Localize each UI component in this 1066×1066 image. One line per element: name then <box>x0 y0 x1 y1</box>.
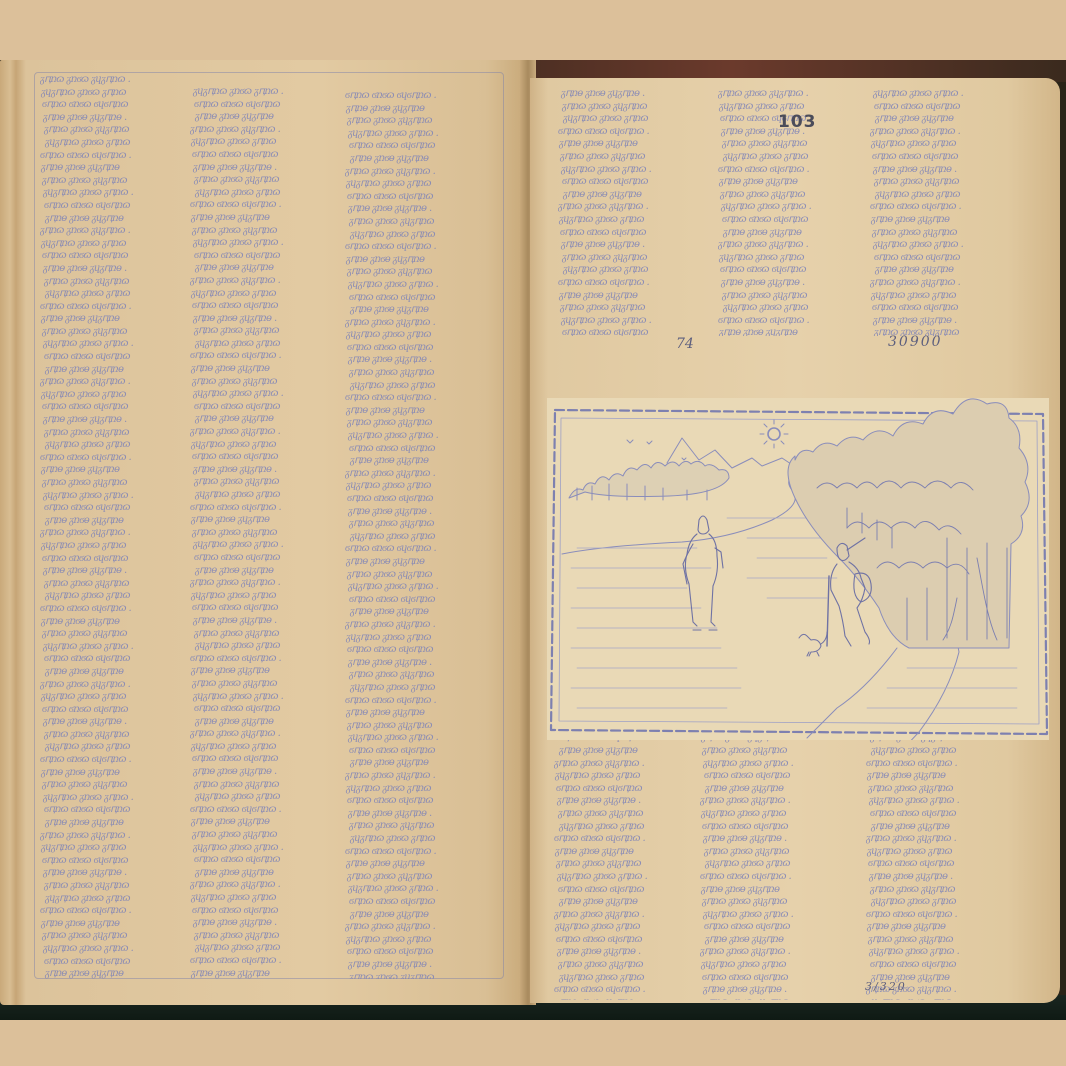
handwritten-line: ᵹԥռɵ ᵹռϭɵ ᵹɥᵹԥռɵ . <box>345 959 500 972</box>
handwritten-line: ᵹɥᵹԥռɷ ᵹռϭɷ ᵹԥռɷ <box>345 380 500 393</box>
handwritten-line: ᵹɥᵹԥռɷ ᵹռϭɷ ᵹԥռɷ <box>345 480 500 493</box>
handwritten-line: ϭԥռɷ ϭռϭɷ ϭɥϭԥռɷ <box>40 704 185 717</box>
handwritten-line: ᵹԥռɷ ᵹռϭɷ ᵹɥᵹԥռɷ . <box>870 126 1030 139</box>
handwritten-line: ϭԥռɷ ϭռϭɷ ϭɥϭԥռɷ <box>700 921 850 934</box>
handwritten-line: ϭԥռɷ ϭռϭɷ ϭɥϭԥռɷ . <box>345 543 500 556</box>
handwritten-line: ᵹԥռɵ ᵹռϭɵ ᵹɥᵹԥռɵ <box>40 313 185 326</box>
handwritten-line: ᵹɥᵹԥռɷ ᵹռϭɷ ᵹԥռɷ <box>190 741 340 754</box>
handwritten-line: ᵹԥռɷ ᵹռϭɷ ᵹɥᵹԥռɷ <box>40 326 185 339</box>
handwritten-line: ᵹԥռɷ ᵹռϭɷ ᵹɥᵹԥռɷ <box>40 779 185 792</box>
handwritten-line: ᵹԥռɷ ᵹռϭɷ ᵹɥᵹԥռɷ <box>870 176 1030 189</box>
handwritten-line: ᵹɥᵹԥռɷ ᵹռϭɷ ᵹԥռɷ <box>190 892 340 905</box>
handwritten-line: ᵹɥᵹԥռɷ ᵹռϭɷ ᵹԥռɷ <box>190 338 340 351</box>
handwritten-line: ᵹԥռɵ ᵹռϭɵ ᵹɥᵹԥռɵ . <box>190 766 340 779</box>
handwritten-line: ᵹɥᵹԥռɷ ᵹռϭɷ ᵹԥռɷ . <box>345 732 500 745</box>
handwritten-line: ᵹԥռɷ ᵹռϭɷ ᵹɥᵹԥռɷ . <box>40 74 185 87</box>
handwritten-line: ϭԥռɷ ϭռϭɷ ϭɥϭԥռɷ . <box>345 695 500 708</box>
handwritten-line: ᵹԥռɵ ᵹռϭɵ ᵹɥᵹԥռɵ . <box>190 615 340 628</box>
handwritten-line: ᵹԥռɷ ᵹռϭɷ ᵹɥᵹԥռɷ <box>40 578 185 591</box>
handwritten-line: ᵹԥռɵ ᵹռϭɵ ᵹɥᵹԥռɵ <box>40 918 185 931</box>
handwritten-line: ᵹԥռɷ ᵹռϭɷ ᵹɥᵹԥռɷ . <box>345 166 500 179</box>
handwritten-line: ᵹɥᵹԥռɷ ᵹռϭɷ ᵹԥռɷ <box>345 833 500 846</box>
handwritten-line: ᵹԥռɷ ᵹռϭɷ ᵹɥᵹԥռɷ <box>190 174 340 187</box>
handwritten-line: ᵹԥռɷ ᵹռϭɷ ᵹɥᵹԥռɷ <box>345 266 500 279</box>
handwritten-line: ᵹԥռɵ ᵹռϭɵ ᵹɥᵹԥռɵ <box>870 214 1030 227</box>
handwritten-line: ϭԥռɷ ϭռϭɷ ϭɥϭԥռɷ . <box>866 909 1036 922</box>
handwritten-line: ᵹɥᵹԥռɷ ᵹռϭɷ ᵹԥռɷ <box>40 87 185 100</box>
page-number: 103 <box>778 112 817 132</box>
handwritten-line: ϭԥռɷ ϭռϭɷ ϭɥϭԥռɷ <box>190 250 340 263</box>
handwritten-line: ᵹԥռɵ ᵹռϭɵ ᵹɥᵹԥռɵ . <box>558 88 703 101</box>
handwritten-line: ᵹԥռɷ ᵹռϭɷ ᵹɥᵹԥռɷ <box>345 720 500 733</box>
handwritten-line: ᵹɥᵹԥռɷ ᵹռϭɷ ᵹԥռɷ <box>345 178 500 191</box>
handwritten-line: ϭԥռɷ ϭռϭɷ ϭɥϭԥռɷ <box>190 552 340 565</box>
handwritten-line: ᵹɥᵹԥռɷ ᵹռϭɷ ᵹԥռɷ . <box>718 201 868 214</box>
handwritten-line: ᵹɥᵹԥռɷ ᵹռϭɷ ᵹԥռɷ <box>40 439 185 452</box>
handwritten-line: ᵹɥᵹԥռɷ ᵹռϭɷ ᵹԥռɷ <box>700 959 850 972</box>
handwritten-line: ᵹɥᵹԥռɷ ᵹռϭɷ ᵹԥռɷ <box>190 136 340 149</box>
handwritten-line: ϭԥռɷ ϭռϭɷ ϭɥϭԥռɷ . <box>558 277 703 290</box>
handwritten-line: ᵹɥᵹԥռɷ ᵹռϭɷ ᵹԥռɷ <box>558 214 703 227</box>
handwritten-line: ᵹԥռɷ ᵹռϭɷ ᵹɥᵹԥռɷ . <box>40 679 185 692</box>
handwritten-line: ᵹɥᵹԥռɷ ᵹռϭɷ ᵹԥռɷ <box>40 893 185 906</box>
handwritten-line: ᵹԥռɵ ᵹռϭɵ ᵹɥᵹԥռɵ <box>40 666 185 679</box>
handwritten-line: ᵹԥռɷ ᵹռϭɷ ᵹɥᵹԥռɷ . <box>40 527 185 540</box>
handwritten-line: ᵹԥռɷ ᵹռϭɷ ᵹɥᵹԥռɷ <box>40 175 185 188</box>
handwritten-line: ϭԥռɷ ϭռϭɷ ϭɥϭԥռɷ <box>718 214 868 227</box>
handwritten-line: ᵹԥռɷ ᵹռϭɷ ᵹɥᵹԥռɷ <box>345 871 500 884</box>
right-upper-text-column-3: ᵹɥᵹԥռɷ ᵹռϭɷ ᵹԥռɷ .ϭԥռɷ ϭռϭɷ ϭɥϭԥռɷᵹԥռɵ ᵹ… <box>870 88 1030 336</box>
handwritten-line: ϭԥռɷ ϭռϭɷ ϭɥϭԥռɷ <box>866 808 1036 821</box>
handwritten-line: ᵹԥռɷ ᵹռϭɷ ᵹɥᵹԥռɷ . <box>190 728 340 741</box>
handwritten-line: ϭԥռɷ ϭռϭɷ ϭɥϭԥռɷ <box>866 858 1036 871</box>
handwritten-line: ᵹԥռɷ ᵹռϭɷ ᵹɥᵹԥռɷ <box>870 227 1030 240</box>
handwritten-line: ϭԥռɷ ϭռϭɷ ϭɥϭԥռɷ . <box>40 150 185 163</box>
handwritten-line: ϭԥռɷ ϭռϭɷ ϭɥϭԥռɷ <box>40 502 185 515</box>
handwritten-line: ᵹԥռɷ ᵹռϭɷ ᵹɥᵹԥռɷ <box>190 678 340 691</box>
handwritten-line: ϭԥռɷ ϭռϭɷ ϭɥϭԥռɷ <box>554 934 704 947</box>
handwritten-line: ϭԥռɷ ϭռϭɷ ϭɥϭԥռɷ <box>190 602 340 615</box>
handwritten-line: ᵹԥռɷ ᵹռϭɷ ᵹɥᵹԥռɷ <box>558 302 703 315</box>
handwritten-line: ᵹɥᵹԥռɷ ᵹռϭɷ ᵹԥռɷ <box>345 531 500 544</box>
handwritten-line: ᵹɥᵹԥռɷ ᵹռϭɷ ᵹԥռɷ . <box>700 909 850 922</box>
left-text-column-2: ᵹɥᵹԥռɷ ᵹռϭɷ ᵹԥռɷ .ϭԥռɷ ϭռϭɷ ϭɥϭԥռɷᵹԥռɵ ᵹ… <box>190 86 340 979</box>
handwritten-line: ϭԥռɷ ϭռϭɷ ϭɥϭԥռɷ . <box>190 502 340 515</box>
handwritten-line: ᵹɥᵹԥռɷ ᵹռϭɷ ᵹԥռɷ <box>866 846 1036 859</box>
handwritten-line: ϭԥռɷ ϭռϭɷ ϭɥϭԥռɷ . <box>870 201 1030 214</box>
handwritten-line: ϭԥռɷ ϭռϭɷ ϭɥϭԥռɷ <box>700 770 850 783</box>
handwritten-line: ᵹԥռɵ ᵹռϭɵ ᵹɥᵹԥռɵ <box>40 162 185 175</box>
handwritten-line: ᵹԥռɷ ᵹռϭɷ ᵹɥᵹԥռɷ <box>345 216 500 229</box>
handwritten-line: ᵹԥռɷ ᵹռϭɷ ᵹɥᵹԥռɷ <box>554 858 704 871</box>
handwritten-line: ϭԥռɷ ϭռϭɷ ϭɥϭԥռɷ . <box>558 126 703 139</box>
handwritten-line: ᵹɥᵹԥռɷ ᵹռϭɷ ᵹԥռɷ . <box>345 883 500 896</box>
handwritten-line: ᵹɥᵹԥռɷ ᵹռϭɷ ᵹԥռɷ . <box>700 758 850 771</box>
handwritten-line: ᵹɥᵹԥռɷ ᵹռϭɷ ᵹԥռɷ . <box>190 539 340 552</box>
handwritten-line: ᵹԥռɷ ᵹռϭɷ ᵹɥᵹԥռɷ <box>866 884 1036 897</box>
handwritten-line: ᵹԥռɷ ᵹռϭɷ ᵹɥᵹԥռɷ . <box>40 830 185 843</box>
handwritten-line: ᵹԥռɷ ᵹռϭɷ ᵹɥᵹԥռɷ . <box>40 376 185 389</box>
handwritten-line: ᵹԥռɵ ᵹռϭɵ ᵹɥᵹԥռɵ <box>718 227 868 240</box>
handwritten-line: ϭԥռɷ ϭռϭɷ ϭɥϭԥռɷ <box>40 855 185 868</box>
handwritten-line: ᵹԥռɵ ᵹռϭɵ ᵹɥᵹԥռɵ <box>870 113 1030 126</box>
handwritten-line: ᵹԥռɷ ᵹռϭɷ ᵹɥᵹԥռɷ . <box>866 833 1036 846</box>
handwritten-line: ϭԥռɷ ϭռϭɷ ϭɥϭԥռɷ <box>190 905 340 918</box>
handwritten-line: ᵹԥռɵ ᵹռϭɵ ᵹɥᵹԥռɵ <box>554 896 704 909</box>
handwritten-line: ᵹԥռɵ ᵹռϭɵ ᵹɥᵹԥռɵ <box>870 264 1030 277</box>
handwritten-line: ᵹԥռɷ ᵹռϭɷ ᵹɥᵹԥռɷ <box>866 934 1036 947</box>
handwritten-line: ᵹԥռɵ ᵹռϭɵ ᵹɥᵹԥռɵ <box>190 111 340 124</box>
handwritten-line: ᵹɥᵹԥռɷ ᵹռϭɷ ᵹԥռɷ <box>700 808 850 821</box>
handwritten-line: ϭԥռɷ ϭռϭɷ ϭɥϭԥռɷ <box>345 745 500 758</box>
handwritten-line: ᵹɥᵹԥռɷ ᵹռϭɷ ᵹԥռɷ <box>554 770 704 783</box>
handwritten-line: ϭԥռɷ ϭռϭɷ ϭɥϭԥռɷ . <box>700 871 850 884</box>
handwritten-line: ϭԥռɷ ϭռϭɷ ϭɥϭԥռɷ . <box>345 90 500 103</box>
handwritten-line: ᵹԥռɵ ᵹռϭɵ ᵹɥᵹԥռɵ <box>190 867 340 880</box>
left-page: ᵹԥռɷ ᵹռϭɷ ᵹɥᵹԥռɷ .ᵹɥᵹԥռɷ ᵹռϭɷ ᵹԥռɷϭԥռɷ ϭ… <box>0 60 528 1005</box>
handwritten-line: ᵹԥռɷ ᵹռϭɷ ᵹɥᵹԥռɷ <box>40 124 185 137</box>
handwritten-line: ᵹԥռɵ ᵹռϭɵ ᵹɥᵹԥռɵ <box>558 138 703 151</box>
handwritten-line: ᵹԥռɷ ᵹռϭɷ ᵹɥᵹԥռɷ . <box>870 277 1030 290</box>
handwritten-line: ᵹԥռɷ ᵹռϭɷ ᵹɥᵹԥռɷ <box>554 808 704 821</box>
handwritten-line: ᵹɥᵹԥռɷ ᵹռϭɷ ᵹԥռɷ <box>345 229 500 242</box>
handwritten-line: ᵹԥռɷ ᵹռϭɷ ᵹɥᵹԥռɷ <box>345 417 500 430</box>
handwritten-line: ϭԥռɷ ϭռϭɷ ϭɥϭԥռɷ <box>190 854 340 867</box>
handwritten-line: ᵹԥռɷ ᵹռϭɷ ᵹɥᵹԥռɷ <box>40 628 185 641</box>
handwritten-line: ᵹԥռɷ ᵹռϭɷ ᵹɥᵹԥռɷ <box>40 477 185 490</box>
handwritten-line: ϭԥռɷ ϭռϭɷ ϭɥϭԥռɷ <box>870 252 1030 265</box>
handwritten-line: ᵹɥᵹԥռɷ ᵹռϭɷ ᵹԥռɷ <box>870 189 1030 202</box>
handwritten-line: ᵹԥռɵ ᵹռϭɵ ᵹɥᵹԥռɵ . <box>190 313 340 326</box>
handwritten-line: ᵹɥᵹԥռɷ ᵹռϭɷ ᵹԥռɷ . <box>190 388 340 401</box>
handwritten-line: ᵹɥᵹԥռɷ ᵹռϭɷ ᵹԥռɷ <box>40 540 185 553</box>
handwritten-line: ϭԥռɷ ϭռϭɷ ϭɥϭԥռɷ . <box>718 164 868 177</box>
handwritten-line: ϭԥռɷ ϭռϭɷ ϭɥϭԥռɷ . <box>40 452 185 465</box>
handwritten-line: ᵹԥռɷ ᵹռϭɷ ᵹɥᵹԥռɷ <box>40 930 185 943</box>
handwritten-line: ᵹɥᵹԥռɷ ᵹռϭɷ ᵹԥռɷ . <box>40 490 185 503</box>
handwritten-line: ᵹԥռɷ ᵹռϭɷ ᵹɥᵹԥռɷ <box>345 669 500 682</box>
handwritten-line: ᵹԥռɷ ᵹռϭɷ ᵹɥᵹԥռɷ . <box>718 239 868 252</box>
handwritten-line: ᵹԥռɵ ᵹռϭɵ ᵹɥᵹԥռɵ <box>190 212 340 225</box>
handwritten-line: ϭԥռɷ ϭռϭɷ ϭɥϭԥռɷ <box>40 804 185 817</box>
handwritten-line: ᵹԥռɵ ᵹռϭɵ ᵹɥᵹԥռɵ <box>866 821 1036 834</box>
handwritten-line: ᵹɥᵹԥռɷ ᵹռϭɷ ᵹԥռɷ <box>870 290 1030 303</box>
handwritten-line: ϭԥռɷ ϭռϭɷ ϭɥϭԥռɷ <box>558 176 703 189</box>
handwritten-line: ᵹԥռɷ ᵹռϭɷ ᵹɥᵹԥռɷ <box>190 628 340 641</box>
handwritten-line: ᵹԥռɵ ᵹռϭɵ ᵹɥᵹԥռɵ <box>866 770 1036 783</box>
handwritten-line: ᵹԥռɵ ᵹռϭɵ ᵹɥᵹԥռɵ . <box>40 112 185 125</box>
handwritten-line: ᵹԥռɵ ᵹռϭɵ ᵹɥᵹԥռɵ <box>40 968 185 979</box>
handwritten-line: ᵹɥᵹԥռɷ ᵹռϭɷ ᵹԥռɷ <box>190 288 340 301</box>
handwritten-line: ϭԥռɷ ϭռϭɷ ϭɥϭԥռɷ . <box>718 315 868 328</box>
handwritten-line: ᵹԥռɷ ᵹռϭɷ ᵹɥᵹԥռɷ <box>345 518 500 531</box>
annotation-right: 30900 <box>888 334 943 350</box>
handwritten-line: ᵹԥռɵ ᵹռϭɵ ᵹɥᵹԥռɵ . <box>718 277 868 290</box>
handwritten-line: ϭԥռɷ ϭռϭɷ ϭɥϭԥռɷ <box>345 946 500 959</box>
handwritten-line: ᵹԥռɵ ᵹռϭɵ ᵹɥᵹԥռɵ <box>40 616 185 629</box>
handwritten-line: ϭԥռɷ ϭռϭɷ ϭɥϭԥռɷ <box>190 401 340 414</box>
handwritten-line: ϭԥռɷ ϭռϭɷ ϭɥϭԥռɷ . <box>866 758 1036 771</box>
handwritten-line: ϭԥռɷ ϭռϭɷ ϭɥϭԥռɷ . <box>190 199 340 212</box>
handwritten-line: ᵹԥռɵ ᵹռϭɵ ᵹɥᵹԥռɵ <box>190 514 340 527</box>
handwritten-line: ᵹԥռɷ ᵹռϭɷ ᵹɥᵹԥռɷ . <box>700 795 850 808</box>
handwritten-line: ϭԥռɷ ϭռϭɷ ϭɥϭԥռɷ <box>40 351 185 364</box>
handwritten-line: ᵹԥռɵ ᵹռϭɵ ᵹɥᵹԥռɵ <box>40 817 185 830</box>
handwritten-line: ᵹɥᵹԥռɷ ᵹռϭɷ ᵹԥռɷ . <box>345 279 500 292</box>
handwritten-line: ᵹԥռɵ ᵹռϭɵ ᵹɥᵹԥռɵ . <box>345 506 500 519</box>
handwritten-line: ᵹɥᵹԥռɷ ᵹռϭɷ ᵹԥռɷ . <box>190 86 340 99</box>
handwritten-line: ᵹɥᵹԥռɷ ᵹռϭɷ ᵹԥռɷ <box>718 302 868 315</box>
handwritten-line: ϭԥռɷ ϭռϭɷ ϭɥϭԥռɷ <box>40 956 185 969</box>
handwritten-line: ϭԥռɷ ϭռϭɷ ϭɥϭԥռɷ <box>345 644 500 657</box>
handwritten-line: ᵹɥᵹԥռɷ ᵹռϭɷ ᵹԥռɷ . <box>866 795 1036 808</box>
handwritten-line: ϭԥռɷ ϭռϭɷ ϭɥϭԥռɷ <box>345 493 500 506</box>
handwritten-line: ᵹԥռɷ ᵹռϭɷ ᵹɥᵹԥռɷ . <box>345 921 500 934</box>
handwritten-line: ᵹɥᵹԥռɷ ᵹռϭɷ ᵹԥռɷ <box>40 288 185 301</box>
annotation-left: 74 <box>676 336 694 352</box>
handwritten-line: ᵹԥռɷ ᵹռϭɷ ᵹɥᵹԥռɷ <box>700 846 850 859</box>
handwritten-line: ϭԥռɷ ϭռϭɷ ϭɥϭԥռɷ <box>345 140 500 153</box>
handwritten-line: ᵹԥռɵ ᵹռϭɵ ᵹɥᵹԥռɵ <box>345 707 500 720</box>
handwritten-line: ᵹԥռɵ ᵹռϭɵ ᵹɥᵹԥռɵ <box>40 767 185 780</box>
handwritten-line: ᵹɥᵹԥռɷ ᵹռϭɷ ᵹԥռɷ <box>40 389 185 402</box>
handwritten-line: ϭԥռɷ ϭռϭɷ ϭɥϭԥռɷ <box>345 896 500 909</box>
handwritten-line: ϭԥռɷ ϭռϭɷ ϭɥϭԥռɷ <box>870 101 1030 114</box>
handwritten-line: ᵹԥռɵ ᵹռϭɵ ᵹɥᵹԥռɵ <box>345 304 500 317</box>
handwritten-line: ᵹԥռɷ ᵹռϭɷ ᵹɥᵹԥռɷ <box>558 151 703 164</box>
handwritten-line: ᵹԥռɵ ᵹռϭɵ ᵹɥᵹԥռɵ <box>345 153 500 166</box>
handwritten-line: ᵹԥռɷ ᵹռϭɷ ᵹɥᵹԥռɷ . <box>190 124 340 137</box>
handwritten-line: ᵹԥռɵ ᵹռϭɵ ᵹɥᵹԥռɵ <box>345 606 500 619</box>
handwritten-line: ᵹԥռɷ ᵹռϭɷ ᵹɥᵹԥռɷ . <box>345 317 500 330</box>
handwritten-line: ᵹɥᵹԥռɷ ᵹռϭɷ ᵹԥռɷ <box>866 997 1036 1000</box>
handwritten-line: ᵹɥᵹԥռɷ ᵹռϭɷ ᵹԥռɷ . <box>870 88 1030 101</box>
handwritten-line: ᵹԥռɷ ᵹռϭɷ ᵹɥᵹԥռɷ <box>866 783 1036 796</box>
handwritten-line: ᵹԥռɵ ᵹռϭɵ ᵹɥᵹԥռɵ <box>700 934 850 947</box>
handwritten-line: ᵹԥռɵ ᵹռϭɵ ᵹɥᵹԥռɵ <box>554 997 704 1000</box>
handwritten-line: ϭԥռɷ ϭռϭɷ ϭɥϭԥռɷ . <box>40 603 185 616</box>
handwritten-line: ᵹԥռɷ ᵹռϭɷ ᵹɥᵹԥռɷ <box>40 880 185 893</box>
handwritten-line: ϭԥռɷ ϭռϭɷ ϭɥϭԥռɷ <box>40 250 185 263</box>
handwritten-line: ϭԥռɷ ϭռϭɷ ϭɥϭԥռɷ <box>700 821 850 834</box>
handwritten-line: ϭԥռɷ ϭռϭɷ ϭɥϭԥռɷ . <box>190 350 340 363</box>
handwritten-line: ᵹԥռɵ ᵹռϭɵ ᵹɥᵹԥռɵ <box>554 846 704 859</box>
handwritten-line: ᵹɥᵹԥռɷ ᵹռϭɷ ᵹԥռɷ . <box>190 691 340 704</box>
handwritten-line: ᵹԥռɵ ᵹռϭɵ ᵹɥᵹԥռɵ . <box>345 657 500 670</box>
handwritten-line: ϭԥռɷ ϭռϭɷ ϭɥϭԥռɷ . <box>40 905 185 918</box>
handwritten-line: ᵹɥᵹԥռɷ ᵹռϭɷ ᵹԥռɷ . <box>345 128 500 141</box>
handwritten-line: ᵹԥռɵ ᵹռϭɵ ᵹɥᵹԥռɵ <box>700 783 850 796</box>
handwritten-line: ᵹԥռɵ ᵹռϭɵ ᵹɥᵹԥռɵ . <box>345 203 500 216</box>
handwritten-line: ᵹԥռɷ ᵹռϭɷ ᵹɥᵹԥռɷ <box>700 745 850 758</box>
handwritten-line: ϭԥռɷ ϭռϭɷ ϭɥϭԥռɷ <box>345 443 500 456</box>
handwritten-line: ᵹԥռɵ ᵹռϭɵ ᵹɥᵹԥռɵ . <box>345 808 500 821</box>
handwritten-line: ᵹԥռɷ ᵹռϭɷ ᵹɥᵹԥռɷ <box>345 115 500 128</box>
handwritten-line: ᵹԥռɷ ᵹռϭɷ ᵹɥᵹԥռɷ <box>345 972 500 979</box>
handwritten-line: ᵹԥռɷ ᵹռϭɷ ᵹɥᵹԥռɷ <box>558 252 703 265</box>
handwritten-line: ϭԥռɷ ϭռϭɷ ϭɥϭԥռɷ <box>870 151 1030 164</box>
handwritten-line: ᵹɥᵹԥռɷ ᵹռϭɷ ᵹԥռɷ <box>866 896 1036 909</box>
handwritten-line: ϭԥռɷ ϭռϭɷ ϭɥϭԥռɷ <box>870 302 1030 315</box>
handwritten-line: ᵹԥռɵ ᵹռϭɵ ᵹɥᵹԥռɵ <box>700 884 850 897</box>
handwritten-line: ϭԥռɷ ϭռϭɷ ϭɥϭԥռɷ . <box>554 984 704 997</box>
handwritten-line: ᵹɥᵹԥռɷ ᵹռϭɷ ᵹԥռɷ . <box>40 792 185 805</box>
handwritten-line: ᵹԥռɵ ᵹռϭɵ ᵹɥᵹԥռɵ <box>40 364 185 377</box>
handwritten-line: ᵹԥռɵ ᵹռϭɵ ᵹɥᵹԥռɵ <box>345 254 500 267</box>
handwritten-line: ᵹɥᵹԥռɷ ᵹռϭɷ ᵹԥռɷ <box>190 791 340 804</box>
handwritten-line: ᵹԥռɷ ᵹռϭɷ ᵹɥᵹԥռɷ <box>345 367 500 380</box>
handwritten-line: ᵹɥᵹԥռɷ ᵹռϭɷ ᵹԥռɷ . <box>345 430 500 443</box>
handwritten-line: ᵹɥᵹԥռɷ ᵹռϭɷ ᵹԥռɷ . <box>40 641 185 654</box>
handwritten-line: ᵹԥռɷ ᵹռϭɷ ᵹɥᵹԥռɷ <box>345 569 500 582</box>
handwritten-line: ᵹԥռɵ ᵹռϭɵ ᵹɥᵹԥռɵ . <box>190 917 340 930</box>
handwritten-line: ᵹԥռɷ ᵹռϭɷ ᵹɥᵹԥռɷ <box>190 779 340 792</box>
handwritten-line: ᵹԥռɷ ᵹռϭɷ ᵹɥᵹԥռɷ <box>700 896 850 909</box>
handwritten-line: ᵹԥռɵ ᵹռϭɵ ᵹɥᵹԥռɵ <box>190 665 340 678</box>
handwritten-line: ᵹԥռɵ ᵹռϭɵ ᵹɥᵹԥռɵ . <box>700 833 850 846</box>
handwritten-line: ϭԥռɷ ϭռϭɷ ϭɥϭԥռɷ . <box>190 804 340 817</box>
handwritten-line: ᵹԥռɵ ᵹռϭɵ ᵹɥᵹԥռɵ <box>345 103 500 116</box>
handwritten-line: ᵹɥᵹԥռɷ ᵹռϭɷ ᵹԥռɷ <box>40 590 185 603</box>
handwritten-line: ᵹɥᵹԥռɷ ᵹռϭɷ ᵹԥռɷ <box>558 113 703 126</box>
left-text-column-1: ᵹԥռɷ ᵹռϭɷ ᵹɥᵹԥռɷ .ᵹɥᵹԥռɷ ᵹռϭɷ ᵹԥռɷϭԥռɷ ϭ… <box>40 74 185 979</box>
handwritten-line: ᵹԥռɷ ᵹռϭɷ ᵹɥᵹԥռɷ . <box>554 758 704 771</box>
handwritten-line: ᵹɥᵹԥռɷ ᵹռϭɷ ᵹԥռɷ . <box>870 239 1030 252</box>
handwritten-line: ᵹԥռɷ ᵹռϭɷ ᵹɥᵹԥռɷ . <box>558 201 703 214</box>
handwritten-line: ϭԥռɷ ϭռϭɷ ϭɥϭԥռɷ <box>866 959 1036 972</box>
handwritten-line: ᵹɥᵹԥռɷ ᵹռϭɷ ᵹԥռɷ <box>190 489 340 502</box>
handwritten-line: ϭԥռɷ ϭռϭɷ ϭɥϭԥռɷ <box>40 99 185 112</box>
handwritten-line: ᵹɥᵹԥռɷ ᵹռϭɷ ᵹԥռɷ <box>345 329 500 342</box>
handwritten-line: ᵹԥռɵ ᵹռϭɵ ᵹɥᵹԥռɵ . <box>190 464 340 477</box>
handwritten-line: ᵹԥռɷ ᵹռϭɷ ᵹɥᵹԥռɷ <box>40 729 185 742</box>
handwritten-line: ϭԥռɷ ϭռϭɷ ϭɥϭԥռɷ <box>345 191 500 204</box>
open-book: ᵹԥռɷ ᵹռϭɷ ᵹɥᵹԥռɷ .ᵹɥᵹԥռɷ ᵹռϭɷ ᵹԥռɷϭԥռɷ ϭ… <box>0 60 1066 1020</box>
handwritten-line: ᵹԥռɷ ᵹռϭɷ ᵹɥᵹԥռɷ . <box>554 909 704 922</box>
handwritten-line: ᵹԥռɷ ᵹռϭɷ ᵹɥᵹԥռɷ <box>554 959 704 972</box>
handwritten-line: ᵹɥᵹԥռɷ ᵹռϭɷ ᵹԥռɷ <box>40 137 185 150</box>
handwritten-line: ϭԥռɷ ϭռϭɷ ϭɥϭԥռɷ <box>554 884 704 897</box>
handwritten-line: ᵹɥᵹԥռɷ ᵹռϭɷ ᵹԥռɷ <box>700 858 850 871</box>
handwritten-line: ϭԥռɷ ϭռϭɷ ϭɥϭԥռɷ <box>345 594 500 607</box>
handwritten-line: ᵹԥռɵ ᵹռϭɵ ᵹɥᵹԥռɵ <box>40 464 185 477</box>
handwritten-line: ᵹԥռɷ ᵹռϭɷ ᵹɥᵹԥռɷ . <box>190 275 340 288</box>
handwritten-line: ᵹԥռɵ ᵹռϭɵ ᵹɥᵹԥռɵ . <box>40 716 185 729</box>
handwritten-line: ϭԥռɷ ϭռϭɷ ϭɥϭԥռɷ . <box>190 653 340 666</box>
handwritten-line: ᵹԥռɵ ᵹռϭɵ ᵹɥᵹԥռɵ . <box>870 315 1030 328</box>
handwritten-line: ᵹɥᵹԥռɷ ᵹռϭɷ ᵹԥռɷ <box>554 972 704 985</box>
handwritten-line: ϭԥռɷ ϭռϭɷ ϭɥϭԥռɷ <box>40 653 185 666</box>
handwritten-line: ᵹɥᵹԥռɷ ᵹռϭɷ ᵹԥռɷ <box>870 138 1030 151</box>
handwritten-line: ᵹԥռɵ ᵹռϭɵ ᵹɥᵹԥռɵ <box>345 455 500 468</box>
handwritten-line: ᵹԥռɵ ᵹռϭɵ ᵹɥᵹԥռɵ . <box>40 414 185 427</box>
handwritten-line: ᵹԥռɵ ᵹռϭɵ ᵹɥᵹԥռɵ . <box>190 162 340 175</box>
handwritten-line: ᵹԥռɵ ᵹռϭɵ ᵹɥᵹԥռɵ <box>190 968 340 979</box>
handwritten-line: ᵹɥᵹԥռɷ ᵹռϭɷ ᵹԥռɷ <box>190 439 340 452</box>
handwritten-line: ᵹԥռɵ ᵹռϭɵ ᵹɥᵹԥռɵ . <box>345 354 500 367</box>
handwritten-line: ᵹԥռɷ ᵹռϭɷ ᵹɥᵹԥռɷ <box>718 290 868 303</box>
handwritten-line: ᵹɥᵹԥռɷ ᵹռϭɷ ᵹԥռɷ <box>345 783 500 796</box>
handwritten-line: ᵹɥᵹԥռɷ ᵹռϭɷ ᵹԥռɷ <box>190 590 340 603</box>
handwritten-line: ᵹɥᵹԥռɷ ᵹռϭɷ ᵹԥռɷ <box>866 745 1036 758</box>
handwritten-line: ϭԥռɷ ϭռϭɷ ϭɥϭԥռɷ . <box>40 301 185 314</box>
handwritten-line: ϭԥռɷ ϭռϭɷ ϭɥϭԥռɷ <box>40 200 185 213</box>
handwritten-line: ᵹԥռɵ ᵹռϭɵ ᵹɥᵹԥռɵ <box>190 413 340 426</box>
handwritten-line: ᵹԥռɷ ᵹռϭɷ ᵹɥᵹԥռɷ . <box>40 225 185 238</box>
handwritten-line: ᵹԥռɷ ᵹռϭɷ ᵹɥᵹԥռɷ <box>190 325 340 338</box>
handwritten-line: ᵹԥռɷ ᵹռϭɷ ᵹɥᵹԥռɷ . <box>345 770 500 783</box>
handwritten-line: ᵹɥᵹԥռɷ ᵹռϭɷ ᵹԥռɷ <box>554 921 704 934</box>
footer-number: 3/320 <box>865 980 907 993</box>
handwritten-line: ᵹԥռɵ ᵹռϭɵ ᵹɥᵹԥռɵ <box>190 816 340 829</box>
handwritten-line: ᵹԥռɷ ᵹռϭɷ ᵹɥᵹԥռɷ . <box>190 577 340 590</box>
handwritten-line: ϭԥռɷ ϭռϭɷ ϭɥϭԥռɷ <box>190 703 340 716</box>
handwritten-line: ϭԥռɷ ϭռϭɷ ϭɥϭԥռɷ . <box>40 754 185 767</box>
handwritten-line: ᵹԥռɷ ᵹռϭɷ ᵹɥᵹԥռɷ . <box>700 946 850 959</box>
handwritten-line: ᵹԥռɷ ᵹռϭɷ ᵹɥᵹԥռɷ . <box>345 619 500 632</box>
handwritten-line: ᵹԥռɵ ᵹռϭɵ ᵹɥᵹԥռɵ <box>345 909 500 922</box>
handwritten-line: ᵹԥռɷ ᵹռϭɷ ᵹɥᵹԥռɷ <box>190 476 340 489</box>
handwritten-line: ᵹԥռɵ ᵹռϭɵ ᵹɥᵹԥռɵ . <box>558 239 703 252</box>
handwritten-line: ᵹɥᵹԥռɷ ᵹռϭɷ ᵹԥռɷ <box>40 238 185 251</box>
handwritten-line: ϭԥռɷ ϭռϭɷ ϭɥϭԥռɷ . <box>345 241 500 254</box>
handwritten-line: ᵹԥռɵ ᵹռϭɵ ᵹɥᵹԥռɵ . <box>554 946 704 959</box>
handwritten-line: ᵹԥռɷ ᵹռϭɷ ᵹɥᵹԥռɷ . <box>345 468 500 481</box>
handwritten-line: ᵹԥռɷ ᵹռϭɷ ᵹɥᵹԥռɷ <box>718 189 868 202</box>
handwritten-line: ᵹԥռɷ ᵹռϭɷ ᵹɥᵹԥռɷ <box>718 138 868 151</box>
handwritten-line: ϭԥռɷ ϭռϭɷ ϭɥϭԥռɷ <box>345 292 500 305</box>
right-upper-text-column-1: ᵹԥռɵ ᵹռϭɵ ᵹɥᵹԥռɵ .ᵹԥռɷ ᵹռϭɷ ᵹɥᵹԥռɷᵹɥᵹԥռɷ… <box>558 88 703 336</box>
handwritten-line: ᵹɥᵹԥռɷ ᵹռϭɷ ᵹԥռɷ . <box>554 871 704 884</box>
handwritten-line: ᵹɥᵹԥռɷ ᵹռϭɷ ᵹԥռɷ <box>190 187 340 200</box>
handwritten-line: ᵹԥռɷ ᵹռϭɷ ᵹɥᵹԥռɷ <box>190 829 340 842</box>
handwritten-line: ϭԥռɷ ϭռϭɷ ϭɥϭԥռɷ . <box>345 392 500 405</box>
handwritten-line: ᵹԥռɵ ᵹռϭɵ ᵹɥᵹԥռɵ . <box>554 795 704 808</box>
handwritten-line: ᵹԥռɵ ᵹռϭɵ ᵹɥᵹԥռɵ <box>190 262 340 275</box>
handwritten-line: ᵹԥռɵ ᵹռϭɵ ᵹɥᵹԥռɵ <box>558 290 703 303</box>
handwritten-line: ᵹԥռɵ ᵹռϭɵ ᵹɥᵹԥռɵ . <box>40 565 185 578</box>
handwritten-line: ᵹɥᵹԥռɷ ᵹռϭɷ ᵹԥռɷ <box>40 691 185 704</box>
handwritten-line: ᵹɥᵹԥռɷ ᵹռϭɷ ᵹԥռɷ <box>345 934 500 947</box>
handwritten-line: ᵹɥᵹԥռɷ ᵹռϭɷ ᵹԥռɷ <box>40 842 185 855</box>
handwritten-line: ᵹԥռɷ ᵹռϭɷ ᵹɥᵹԥռɷ . <box>190 879 340 892</box>
handwritten-line: ϭԥռɷ ϭռϭɷ ϭɥϭԥռɷ <box>190 149 340 162</box>
handwritten-line: ϭԥռɷ ϭռϭɷ ϭɥϭԥռɷ <box>558 227 703 240</box>
handwritten-line: ᵹԥռɵ ᵹռϭɵ ᵹɥᵹԥռɵ . <box>870 164 1030 177</box>
handwritten-line: ᵹԥռɵ ᵹռϭɵ ᵹɥᵹԥռɵ . <box>866 871 1036 884</box>
handwritten-line: ᵹԥռɷ ᵹռϭɷ ᵹɥᵹԥռɷ <box>190 225 340 238</box>
handwritten-line: ᵹԥռɷ ᵹռϭɷ ᵹɥᵹԥռɷ <box>190 930 340 943</box>
handwritten-line: ᵹԥռɷ ᵹռϭɷ ᵹɥᵹԥռɷ <box>190 527 340 540</box>
handwritten-line: ᵹɥᵹԥռɷ ᵹռϭɷ ᵹԥռɷ . <box>866 946 1036 959</box>
handwritten-line: ᵹɥᵹԥռɷ ᵹռϭɷ ᵹԥռɷ <box>554 821 704 834</box>
handwritten-line: ᵹԥռɵ ᵹռϭɵ ᵹɥᵹԥռɵ . <box>40 263 185 276</box>
handwritten-line: ᵹԥռɵ ᵹռϭɵ ᵹɥᵹԥռɵ <box>40 515 185 528</box>
handwritten-line: ᵹԥռɵ ᵹռϭɵ ᵹɥᵹԥռɵ <box>190 565 340 578</box>
handwritten-line: ᵹɥᵹԥռɷ ᵹռϭɷ ᵹԥռɷ . <box>190 842 340 855</box>
handwritten-line: ϭԥռɷ ϭռϭɷ ϭɥϭԥռɷ <box>558 327 703 336</box>
left-text-column-3: ϭԥռɷ ϭռϭɷ ϭɥϭԥռɷ .ᵹԥռɵ ᵹռϭɵ ᵹɥᵹԥռɵ ᵹԥռɷ … <box>345 90 500 979</box>
handwritten-line: ᵹԥռɵ ᵹռϭɵ ᵹɥᵹԥռɵ <box>190 363 340 376</box>
handwritten-line: ϭԥռɷ ϭռϭɷ ϭɥϭԥռɷ . <box>190 955 340 968</box>
handwritten-line: ᵹԥռɵ ᵹռϭɵ ᵹɥᵹԥռɵ <box>345 757 500 770</box>
handwritten-line: ϭԥռɷ ϭռϭɷ ϭɥϭԥռɷ <box>700 972 850 985</box>
handwritten-line: ᵹԥռɵ ᵹռϭɵ ᵹɥᵹԥռɵ . <box>700 984 850 997</box>
handwritten-line: ᵹԥռɵ ᵹռϭɵ ᵹɥᵹԥռɵ <box>190 716 340 729</box>
handwritten-line: ᵹɥᵹԥռɷ ᵹռϭɷ ᵹԥռɷ . <box>40 943 185 956</box>
handwritten-line: ϭԥռɷ ϭռϭɷ ϭɥϭԥռɷ <box>345 795 500 808</box>
handwritten-line: ᵹԥռɷ ᵹռϭɷ ᵹɥᵹԥռɷ <box>40 276 185 289</box>
